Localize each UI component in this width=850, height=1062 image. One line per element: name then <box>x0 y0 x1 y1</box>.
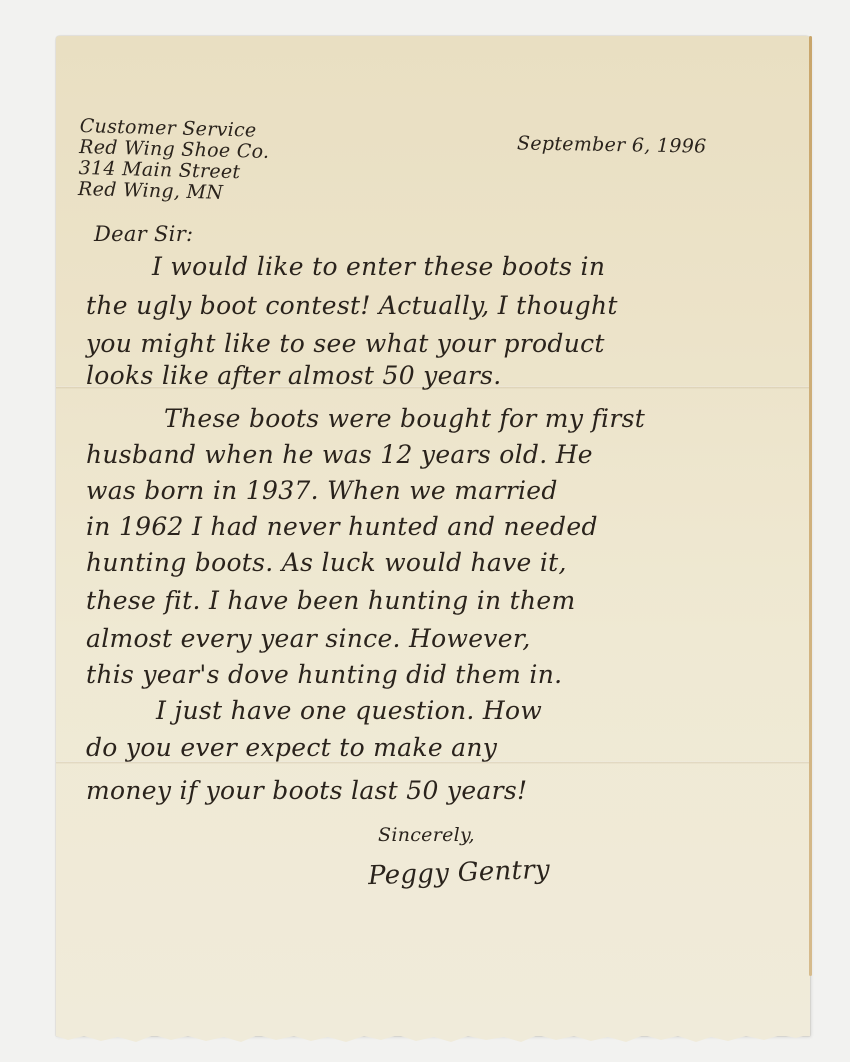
body-line: money if your boots last 50 years! <box>86 776 527 805</box>
torn-bottom-edge <box>56 1030 810 1046</box>
letter-paper: Customer Service Red Wing Shoe Co. 314 M… <box>56 36 810 1036</box>
recipient-address: Customer Service Red Wing Shoe Co. 314 M… <box>78 116 270 205</box>
body-line: I would like to enter these boots in <box>152 252 605 281</box>
body-line: These boots were bought for my first <box>164 404 645 433</box>
body-line: hunting boots. As luck would have it, <box>86 548 567 577</box>
body-line: I just have one question. How <box>156 696 542 725</box>
body-line: was born in 1937. When we married <box>86 476 558 505</box>
body-line: you might like to see what your product <box>86 329 605 358</box>
closing: Sincerely, <box>378 824 475 846</box>
body-line: this year's dove hunting did them in. <box>86 660 562 689</box>
body-line: these fit. I have been hunting in them <box>86 586 576 615</box>
body-line: do you ever expect to make any <box>86 733 497 762</box>
body-line: almost every year since. However, <box>86 624 531 653</box>
salutation: Dear Sir: <box>94 222 193 246</box>
body-line: husband when he was 12 years old. He <box>86 440 593 469</box>
body-line: in 1962 I had never hunted and needed <box>86 512 598 541</box>
signature: Peggy Gentry <box>368 855 551 891</box>
letter-date: September 6, 1996 <box>517 132 707 157</box>
body-line: looks like after almost 50 years. <box>86 361 502 390</box>
body-line: the ugly boot contest! Actually, I thoug… <box>86 291 618 320</box>
